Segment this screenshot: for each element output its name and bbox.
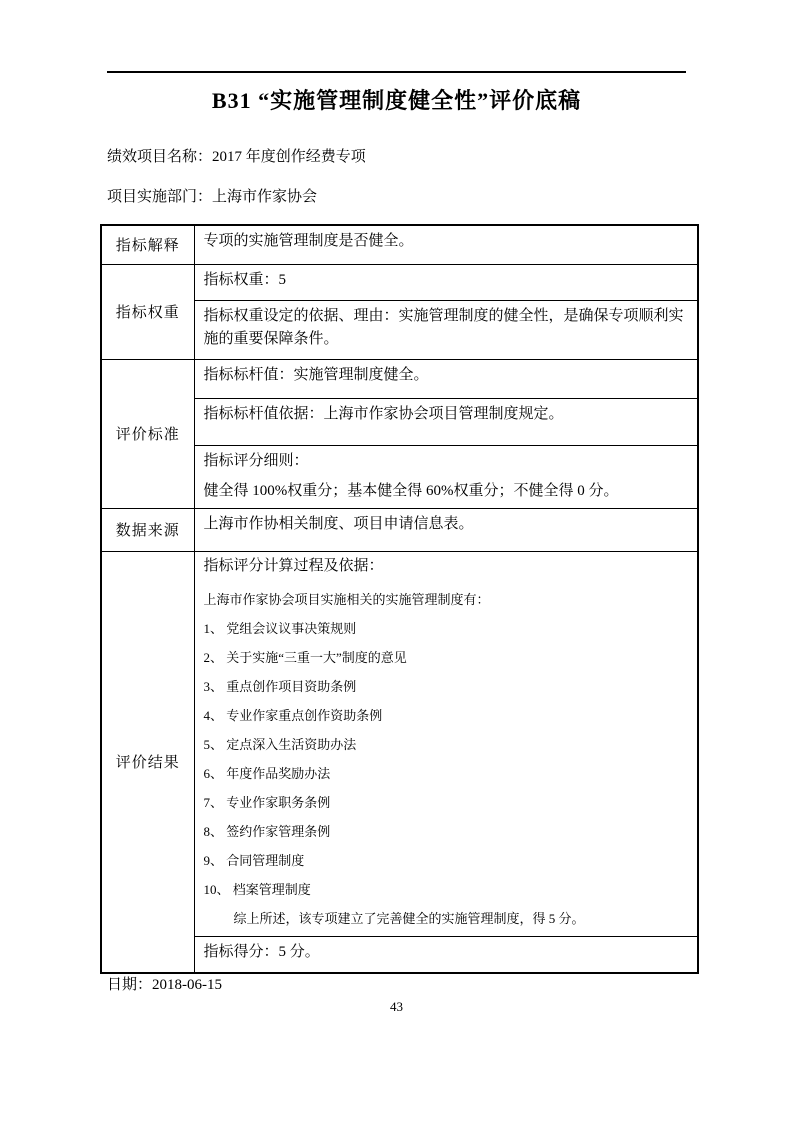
page-number: 43 xyxy=(0,999,793,1015)
cell-text: 指标得分：5 分。 xyxy=(204,941,688,964)
cell-indicator-explanation: 专项的实施管理制度是否健全。 xyxy=(194,225,698,264)
list-item: 3、 重点创作项目资助条例 xyxy=(204,679,688,694)
row-label-evaluation-result: 评价结果 xyxy=(101,551,194,973)
cell-data-source: 上海市作协相关制度、项目申请信息表。 xyxy=(194,508,698,551)
list-item: 5、 定点深入生活资助办法 xyxy=(204,737,688,752)
cell-weight-value: 指标权重：5 xyxy=(194,264,698,300)
list-item: 6、 年度作品奖励办法 xyxy=(204,766,688,781)
row-label-data-source: 数据来源 xyxy=(101,508,194,551)
table-row: 评价结果 指标评分计算过程及依据： 上海市作家协会项目实施相关的实施管理制度有：… xyxy=(101,551,698,936)
table-row: 指标解释 专项的实施管理制度是否健全。 xyxy=(101,225,698,264)
cell-text: 指标评分计算过程及依据： xyxy=(204,558,688,575)
conclusion-line: 综上所述，该专项建立了完善健全的实施管理制度，得 5 分。 xyxy=(204,911,688,926)
list-item: 9、 合同管理制度 xyxy=(204,853,688,868)
project-name-line: 绩效项目名称：2017 年度创作经费专项 xyxy=(107,148,366,166)
cell-benchmark-basis: 指标标杆值依据：上海市作家协会项目管理制度规定。 xyxy=(194,398,698,445)
list-item: 4、 专业作家重点创作资助条例 xyxy=(204,708,688,723)
list-item: 10、 档案管理制度 xyxy=(204,882,688,897)
list-item: 1、 党组会议议事决策规则 xyxy=(204,621,688,636)
cell-scoring-rules: 指标评分细则： 健全得 100%权重分；基本健全得 60%权重分；不健全得 0 … xyxy=(194,445,698,508)
cell-text: 健全得 100%权重分；基本健全得 60%权重分；不健全得 0 分。 xyxy=(204,480,688,503)
row-label-indicator-weight: 指标权重 xyxy=(101,264,194,359)
cell-text: 专项的实施管理制度是否健全。 xyxy=(204,230,688,253)
cell-text: 指标权重设定的依据、理由：实施管理制度的健全性，是确保专项顺利实施的重要保障条件… xyxy=(204,305,688,351)
list-item: 8、 签约作家管理条例 xyxy=(204,824,688,839)
date-line: 日期：2018-06-15 xyxy=(107,973,222,994)
table-row: 评价标准 指标标杆值：实施管理制度健全。 xyxy=(101,359,698,398)
cell-weight-rationale: 指标权重设定的依据、理由：实施管理制度的健全性，是确保专项顺利实施的重要保障条件… xyxy=(194,300,698,359)
cell-benchmark-value: 指标标杆值：实施管理制度健全。 xyxy=(194,359,698,398)
cell-text: 指标评分细则： xyxy=(204,450,688,473)
title-divider-rule xyxy=(107,71,686,73)
cell-text: 指标权重：5 xyxy=(204,269,688,292)
table-row: 指标权重 指标权重：5 xyxy=(101,264,698,300)
cell-text: 上海市作协相关制度、项目申请信息表。 xyxy=(204,513,688,536)
page-title: B31 “实施管理制度健全性”评价底稿 xyxy=(0,84,793,115)
cell-text: 上海市作家协会项目实施相关的实施管理制度有： xyxy=(204,592,688,607)
table-row: 数据来源 上海市作协相关制度、项目申请信息表。 xyxy=(101,508,698,551)
cell-text: 指标标杆值依据：上海市作家协会项目管理制度规定。 xyxy=(204,403,688,426)
cell-calculation-process: 指标评分计算过程及依据： 上海市作家协会项目实施相关的实施管理制度有： 1、 党… xyxy=(194,551,698,936)
row-label-indicator-explanation: 指标解释 xyxy=(101,225,194,264)
list-item: 2、 关于实施“三重一大”制度的意见 xyxy=(204,650,688,665)
department-line: 项目实施部门：上海市作家协会 xyxy=(107,188,317,206)
cell-text: 指标标杆值：实施管理制度健全。 xyxy=(204,364,688,387)
evaluation-table: 指标解释 专项的实施管理制度是否健全。 指标权重 指标权重：5 指标权重设定的依… xyxy=(100,224,699,974)
cell-indicator-score: 指标得分：5 分。 xyxy=(194,936,698,973)
row-label-evaluation-standard: 评价标准 xyxy=(101,359,194,508)
list-item: 7、 专业作家职务条例 xyxy=(204,795,688,810)
